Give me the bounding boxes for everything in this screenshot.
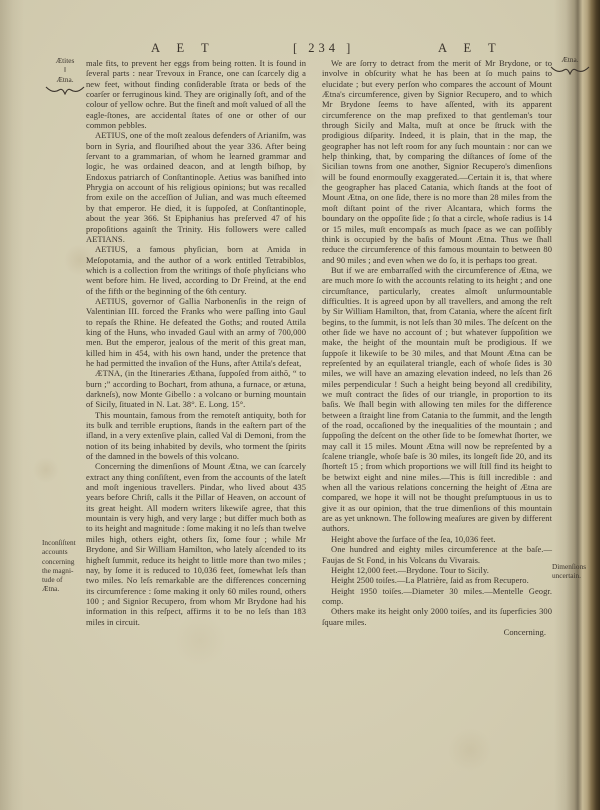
text-column-right: We are ſorry to detract from the merit o… (322, 58, 552, 637)
page-number: [ 234 ] (293, 41, 354, 56)
margin-note-line: accounts (42, 547, 90, 556)
text-column-left: male fits, to prevent her eggs from bein… (86, 58, 306, 627)
running-header: A E T [ 234 ] A E T (0, 41, 600, 57)
measure-line: Height above the ſurface of the ſea, 10,… (322, 534, 552, 544)
measure-line: Others make its height only 2000 toiſes,… (322, 606, 552, 627)
catchword: Concerning. (322, 627, 552, 637)
paragraph: AETIUS, one of the moſt zealous defender… (86, 130, 306, 244)
book-gutter-shadow (554, 0, 600, 810)
book-page: A E T [ 234 ] A E T Ætites ‖ Ætna. Ætna.… (0, 0, 600, 810)
margin-note-line: the magni- (42, 566, 90, 575)
margin-note-line: Ætna. (42, 584, 90, 593)
paragraph: But if we are embarraſſed with the circu… (322, 265, 552, 534)
paragraph: We are ſorry to detract from the merit o… (322, 58, 552, 265)
paragraph: AETIUS, a famous phyſician, born at Amid… (86, 244, 306, 296)
page-left-edge-shadow (0, 0, 24, 810)
margin-note-entry-range-left: Ætites ‖ Ætna. (42, 56, 88, 95)
margin-note-dimensions-uncertain: Dimenſions uncertain. (552, 562, 598, 581)
measure-line: Height 12,000 feet.—Brydone. Tour to Sic… (322, 565, 552, 575)
margin-note-line: Ætites (42, 56, 88, 65)
margin-note-line: uncertain. (552, 571, 598, 580)
margin-note-line: Inconſiſtent (42, 538, 90, 547)
margin-note-line: Ætna. (549, 55, 591, 64)
margin-note-entry-range-right: Ætna. (549, 55, 591, 75)
margin-note-line: Ætna. (42, 75, 88, 84)
paragraph: ÆTNA, (in the Itineraries Æthana, ſuppoſ… (86, 368, 306, 409)
measure-line: Height 2500 toiſes.—La Platrière, ſaid a… (322, 575, 552, 585)
paragraph: AETIUS, governor of Gallia Narbonenſis i… (86, 296, 306, 368)
running-header-left-title: A E T (151, 41, 216, 56)
paragraph: Concerning the dimenſions of Mount Ætna,… (86, 461, 306, 627)
measure-line: Height 1950 toiſes.—Diameter 30 miles.—M… (322, 586, 552, 607)
margin-brace-icon (550, 65, 590, 75)
measure-line: One hundred and eighty miles circumferen… (322, 544, 552, 565)
double-bar-divider: ‖ (42, 65, 88, 74)
margin-note-inconsistent-accounts: Inconſiſtent accounts concerning the mag… (42, 538, 90, 594)
margin-note-line: tude of (42, 575, 90, 584)
paragraph: male fits, to prevent her eggs from bein… (86, 58, 306, 130)
paragraph: This mountain, famous from the remoteſt … (86, 410, 306, 462)
margin-note-line: Dimenſions (552, 562, 598, 571)
margin-brace-icon (45, 85, 85, 95)
running-header-right-title: A E T (438, 41, 503, 56)
margin-note-line: concerning (42, 557, 90, 566)
